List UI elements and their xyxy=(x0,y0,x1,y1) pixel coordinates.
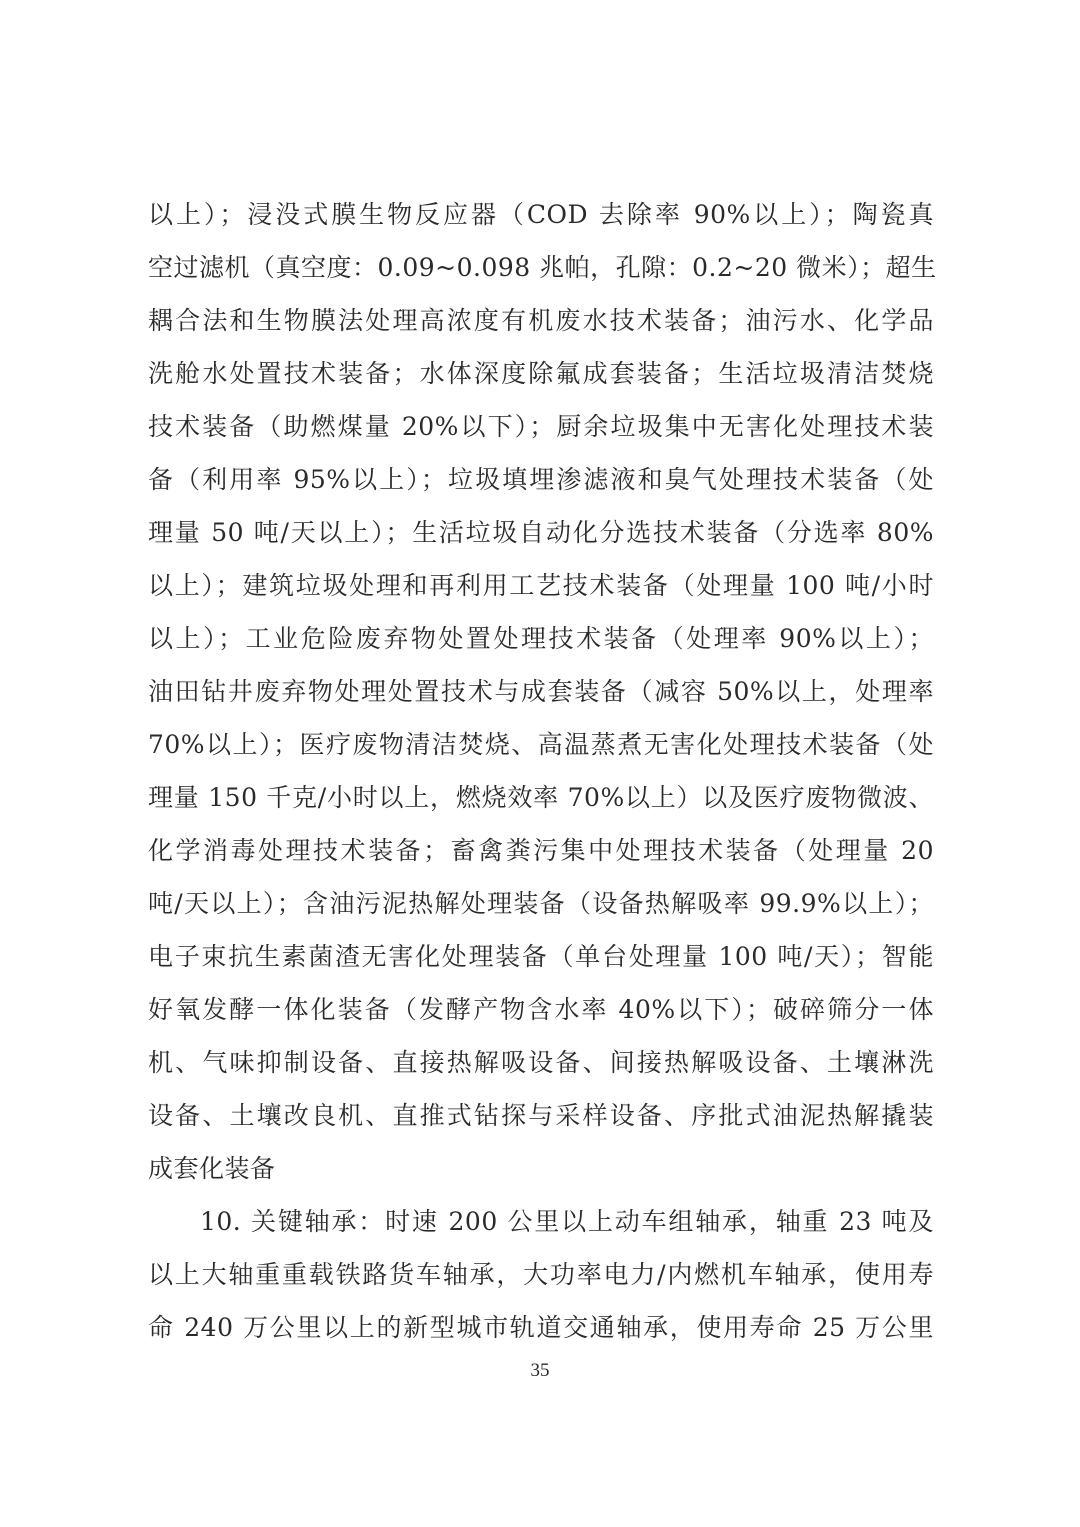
body-text: 以上）；浸没式膜生物反应器（COD 去除率 90%以上）；陶瓷真 空过滤机（真空… xyxy=(148,188,934,1354)
text-line: 备（利用率 95%以上）；垃圾填埋渗滤液和臭气处理技术装备（处 xyxy=(148,453,934,506)
text-line: 化学消毒处理技术装备；畜禽粪污集中处理技术装备（处理量 20 xyxy=(148,824,934,877)
text-line: 设备、土壤改良机、直推式钻探与采样设备、序批式油泥热解撬装 xyxy=(148,1089,934,1142)
text-line: 10. 关键轴承：时速 200 公里以上动车组轴承，轴重 23 吨及 xyxy=(148,1195,934,1248)
text-line: 以上大轴重重载铁路货车轴承，大功率电力/内燃机车轴承，使用寿 xyxy=(148,1248,934,1301)
text-line: 以上）；工业危险废弃物处置处理技术装备（处理率 90%以上）； xyxy=(148,612,934,665)
text-line: 电子束抗生素菌渣无害化处理装备（单台处理量 100 吨/天）；智能 xyxy=(148,930,934,983)
text-line: 以上）；建筑垃圾处理和再利用工艺技术装备（处理量 100 吨/小时 xyxy=(148,559,934,612)
page-number: 35 xyxy=(0,1360,1080,1382)
text-line: 技术装备（助燃煤量 20%以下）；厨余垃圾集中无害化处理技术装 xyxy=(148,400,934,453)
document-page: 以上）；浸没式膜生物反应器（COD 去除率 90%以上）；陶瓷真 空过滤机（真空… xyxy=(0,0,1080,1527)
text-line: 吨/天以上）；含油污泥热解处理装备（设备热解吸率 99.9%以上）； xyxy=(148,877,934,930)
text-line: 机、气味抑制设备、直接热解吸设备、间接热解吸设备、土壤淋洗 xyxy=(148,1036,934,1089)
text-line: 耦合法和生物膜法处理高浓度有机废水技术装备；油污水、化学品 xyxy=(148,294,934,347)
text-line: 洗舱水处置技术装备；水体深度除氟成套装备；生活垃圾清洁焚烧 xyxy=(148,347,934,400)
text-line: 空过滤机（真空度：0.09~0.098 兆帕，孔隙：0.2~20 微米）；超生 xyxy=(148,241,934,294)
text-line: 命 240 万公里以上的新型城市轨道交通轴承，使用寿命 25 万公里 xyxy=(148,1301,934,1354)
text-line: 理量 150 千克/小时以上，燃烧效率 70%以上）以及医疗废物微波、 xyxy=(148,771,934,824)
text-line: 理量 50 吨/天以上）；生活垃圾自动化分选技术装备（分选率 80% xyxy=(148,506,934,559)
text-line: 以上）；浸没式膜生物反应器（COD 去除率 90%以上）；陶瓷真 xyxy=(148,188,934,241)
text-line: 成套化装备 xyxy=(148,1142,934,1195)
text-line: 70%以上）；医疗废物清洁焚烧、高温蒸煮无害化处理技术装备（处 xyxy=(148,718,934,771)
text-line: 好氧发酵一体化装备（发酵产物含水率 40%以下）；破碎筛分一体 xyxy=(148,983,934,1036)
text-line: 油田钻井废弃物处理处置技术与成套装备（减容 50%以上，处理率 xyxy=(148,665,934,718)
